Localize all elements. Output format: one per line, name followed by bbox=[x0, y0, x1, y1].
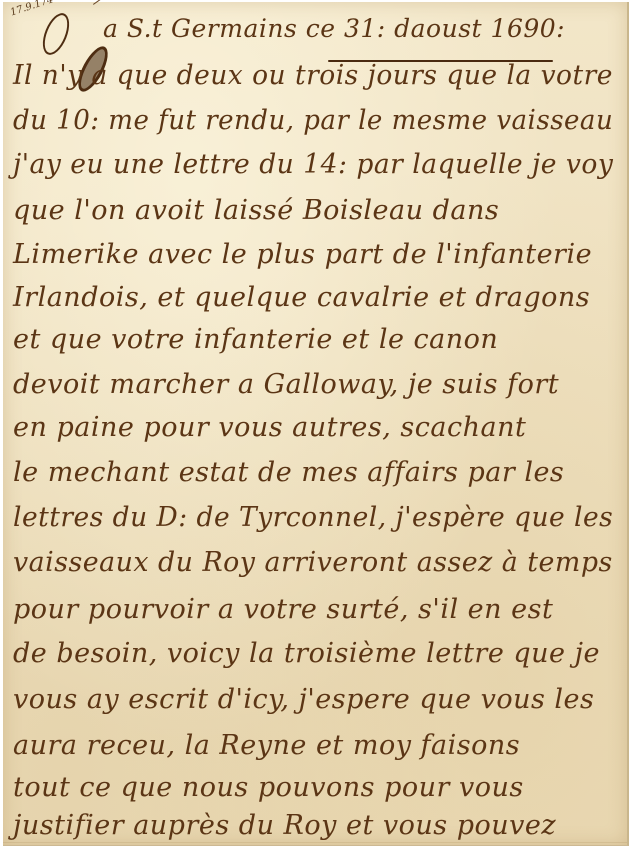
catalog-note: 17.9.174 bbox=[9, 0, 55, 18]
letter-line-14: de besoin, voicy la troisième lettre que… bbox=[13, 638, 600, 669]
letter-line-13: pour pourvoir a votre surté, s'il en est bbox=[13, 594, 553, 625]
letter-line-9: en paine pour vous autres, scachant bbox=[13, 412, 526, 443]
letter-line-5: Limerike avec le plus part de l'infanter… bbox=[13, 239, 592, 270]
letter-line-1: Il n'y a que deux ou trois jours que la … bbox=[13, 60, 613, 91]
letter-line-10: le mechant estat de mes affairs par les bbox=[13, 457, 564, 488]
letter-line-7: et que votre infanterie et le canon bbox=[13, 324, 498, 355]
letter-line-18: justifier auprès du Roy et vous pouvez bbox=[13, 810, 556, 841]
letter-line-15: vous ay escrit d'icy, j'espere que vous … bbox=[13, 684, 594, 715]
letter-line-11: lettres du D: de Tyrconnel, j'espère que… bbox=[13, 502, 613, 533]
letter-line-4: que l'on avoit laissé Boisleau dans bbox=[13, 195, 499, 226]
letter-line-6: Irlandois, et quelque cavalrie et dragon… bbox=[13, 282, 590, 313]
letter-line-3: j'ay eu une lettre du 14: par laquelle j… bbox=[13, 149, 613, 180]
manuscript-page: 17.9.174 a S.t Germains ce 31: daoust 16… bbox=[3, 2, 629, 846]
pen-stroke bbox=[93, 0, 126, 5]
letter-line-8: devoit marcher a Galloway, je suis fort bbox=[13, 369, 559, 400]
paper-fold-line bbox=[3, 842, 627, 843]
letter-line-16: aura receu, la Reyne et moy faisons bbox=[13, 730, 520, 761]
opening-flourish-mark bbox=[38, 9, 75, 58]
letter-heading-place-date: a S.t Germains ce 31: daoust 1690: bbox=[103, 14, 565, 43]
letter-line-17: tout ce que nous pouvons pour vous bbox=[13, 772, 524, 803]
letter-line-2: du 10: me fut rendu, par le mesme vaisse… bbox=[13, 105, 613, 136]
letter-line-12: vaisseaux du Roy arriveront assez à temp… bbox=[13, 547, 613, 578]
